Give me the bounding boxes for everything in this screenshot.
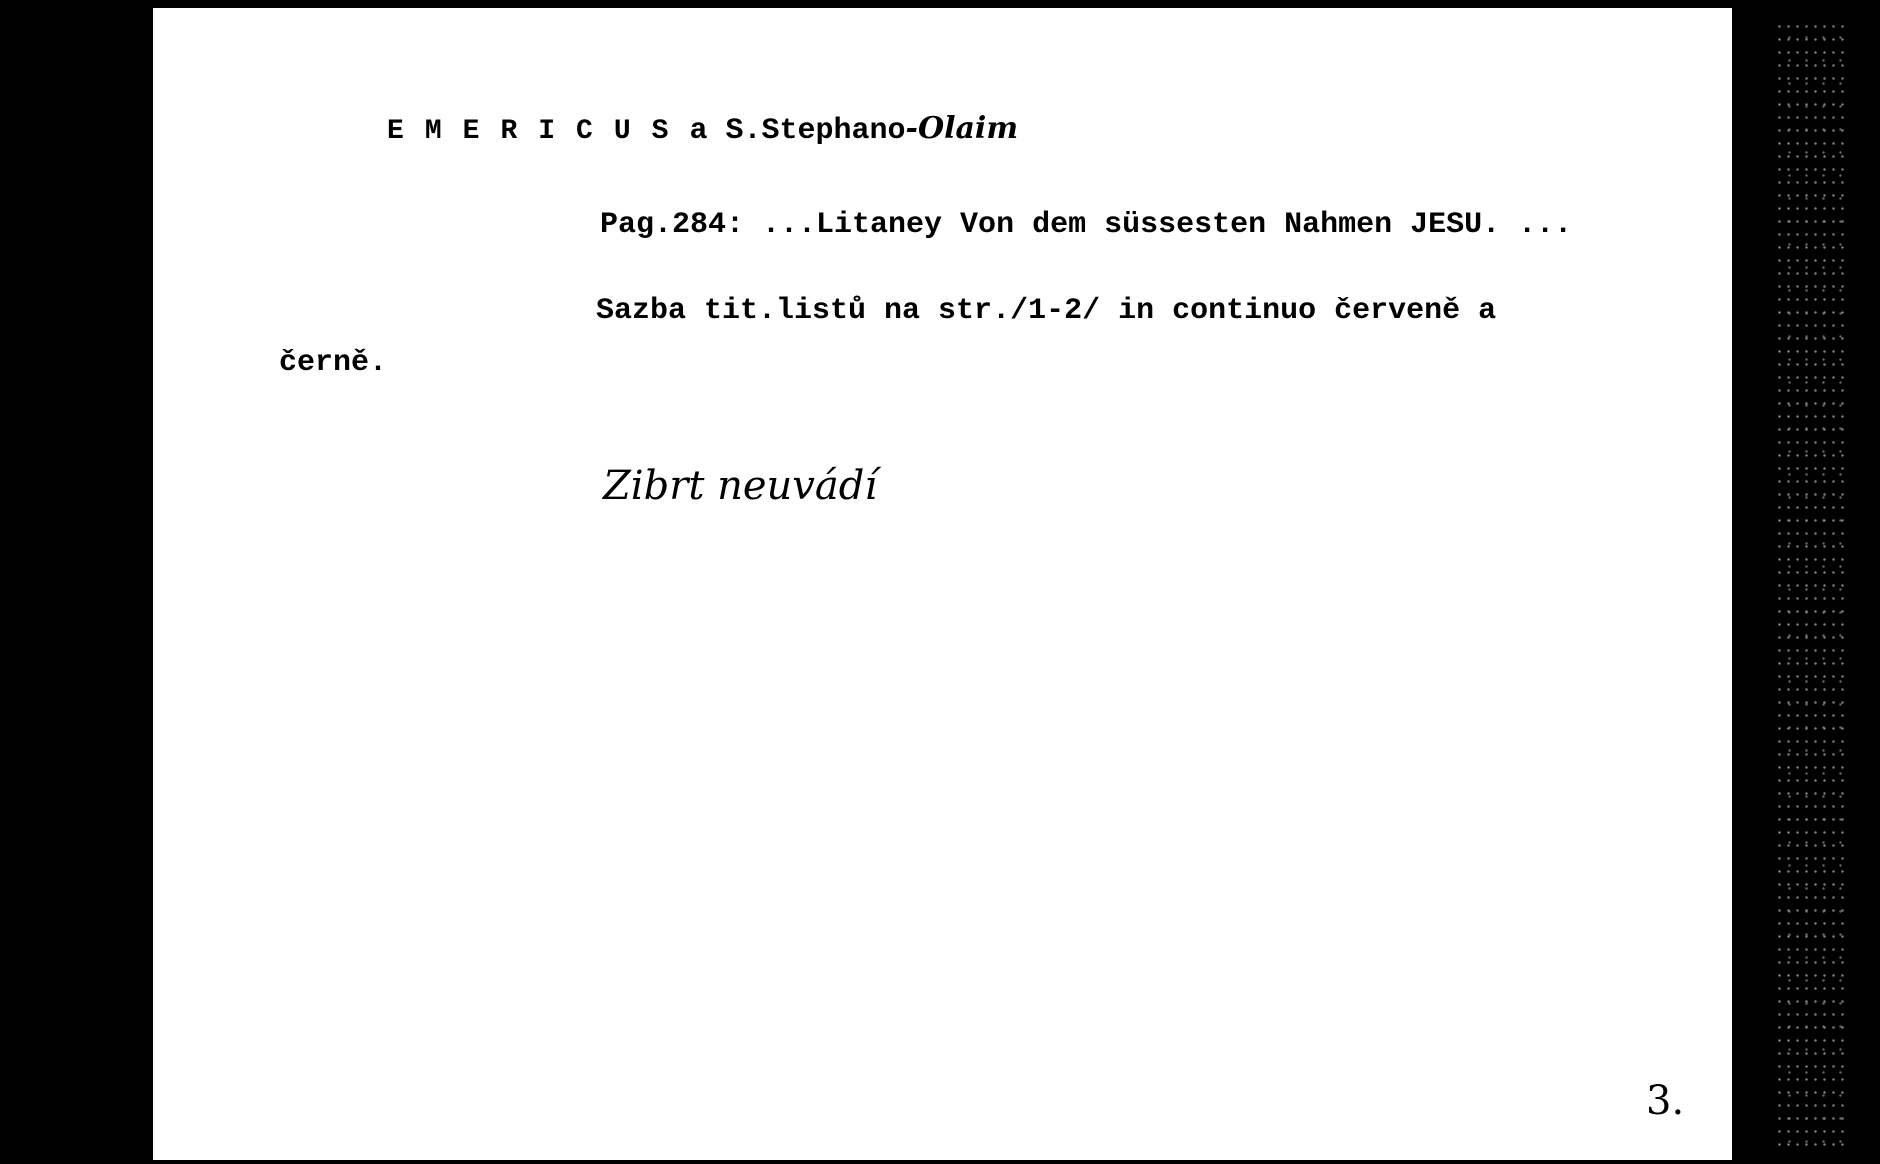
typesetting-note-line-1: Sazba tit.listů na str./1-2/ in continuo… <box>596 294 1496 328</box>
handwritten-note: Zibrt neuvádí <box>603 463 877 509</box>
heading-author-rest: a S.Stephano <box>689 114 905 148</box>
card-number: 3. <box>1646 1078 1684 1124</box>
catalog-card: EMERICUSa S.Stephano-Olaim Pag.284: ...L… <box>153 8 1732 1160</box>
scan-edge-noise <box>1775 20 1845 1150</box>
page-reference-line: Pag.284: ...Litaney Von dem süssesten Na… <box>600 208 1572 242</box>
scanned-catalog-card-viewer: EMERICUSa S.Stephano-Olaim Pag.284: ...L… <box>0 0 1880 1164</box>
heading-handwritten-suffix: -Olaim <box>906 111 1019 146</box>
heading-author-name: EMERICUS <box>387 116 689 147</box>
typesetting-note-line-2: černě. <box>279 346 387 380</box>
card-heading: EMERICUSa S.Stephano-Olaim <box>279 78 1018 183</box>
